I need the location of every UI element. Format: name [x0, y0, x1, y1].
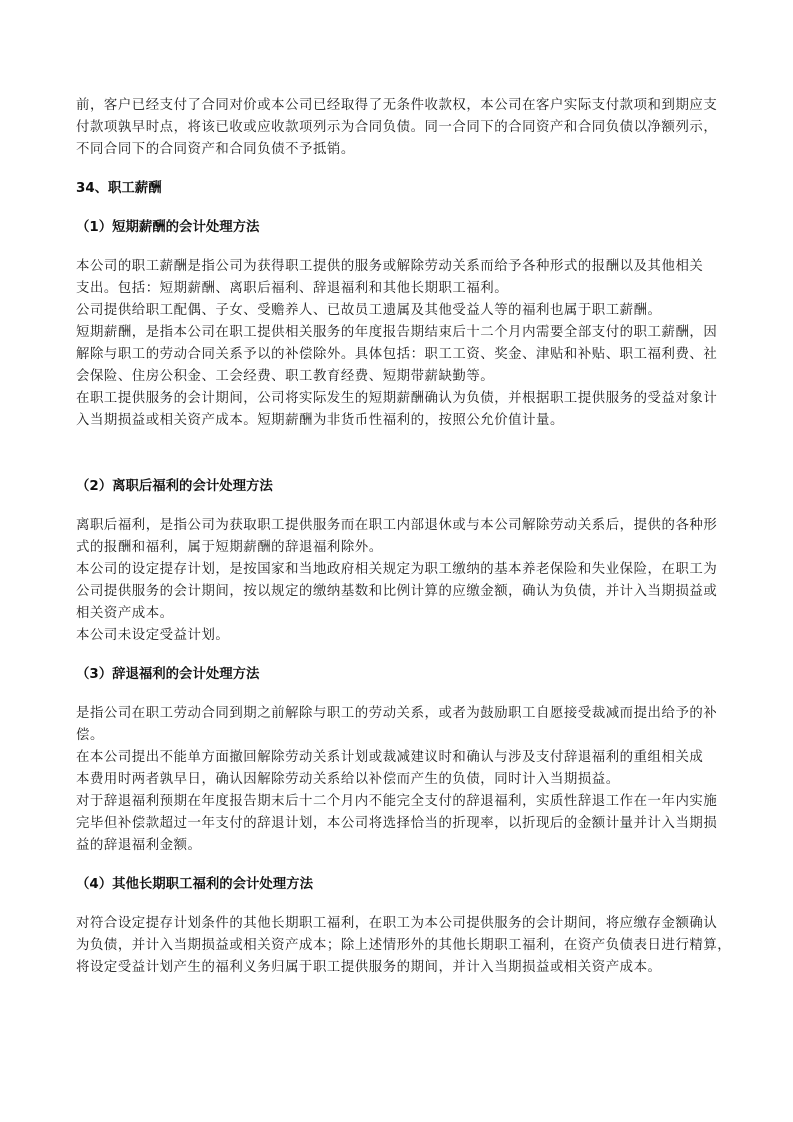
text-line: 支出。包括：短期薪酬、离职后福利、辞退福利和其他长期职工福利。: [76, 278, 721, 300]
text-line: 益的辞退福利金额。: [76, 835, 721, 857]
subsection-heading-short-term: （1）短期薪酬的会计处理方法: [76, 217, 721, 239]
subsection-heading-post-employment: （2）离职后福利的会计处理方法: [76, 476, 721, 498]
text-line: 短期薪酬，是指本公司在职工提供相关服务的年度报告期结束后十二个月内需要全部支付的…: [76, 322, 721, 344]
text-line: 离职后福利，是指公司为获取职工提供服务而在职工内部退休或与本公司解除劳动关系后，…: [76, 515, 721, 537]
text-line: 入当期损益或相关资产成本。短期薪酬为非货币性福利的，按照公允价值计量。: [76, 410, 721, 432]
text-line: 公司提供给职工配偶、子女、受赡养人、已故员工遗属及其他受益人等的福利也属于职工薪…: [76, 300, 721, 322]
text-line: 公司提供服务的会计期间，按以规定的缴纳基数和比例计算的应缴金额，确认为负债，并计…: [76, 581, 721, 603]
text-line: 式的报酬和福利，属于短期薪酬的辞退福利除外。: [76, 537, 721, 559]
text-line: 将设定受益计划产生的福利义务归属于职工提供服务的期间，并计入当期损益或相关资产成…: [76, 957, 721, 979]
paragraph-other-long-term: 对符合设定提存计划条件的其他长期职工福利，在职工为本公司提供服务的会计期间，将应…: [76, 913, 721, 979]
subsection-heading-other-long-term: （4）其他长期职工福利的会计处理方法: [76, 874, 721, 896]
text-line: 本公司的设定提存计划，是按国家和当地政府相关规定为职工缴纳的基本养老保险和失业保…: [76, 559, 721, 581]
text-line: 相关资产成本。: [76, 603, 721, 625]
text-line: 本费用时两者孰早日，确认因解除劳动关系给以补偿而产生的负债，同时计入当期损益。: [76, 769, 721, 791]
paragraph-short-term: 本公司的职工薪酬是指公司为获得职工提供的服务或解除劳动关系而给予各种形式的报酬以…: [76, 256, 721, 432]
text-line: 对于辞退福利预期在年度报告期末后十二个月内不能完全支付的辞退福利，实质性辞退工作…: [76, 791, 721, 813]
intro-paragraph: 前，客户已经支付了合同对价或本公司已经取得了无条件收款权，本公司在客户实际支付款…: [76, 95, 721, 161]
text-line: 对符合设定提存计划条件的其他长期职工福利，在职工为本公司提供服务的会计期间，将应…: [76, 913, 721, 935]
text-line: 前，客户已经支付了合同对价或本公司已经取得了无条件收款权，本公司在客户实际支付款…: [76, 95, 721, 117]
text-line: 不同合同下的合同资产和合同负债不予抵销。: [76, 139, 721, 161]
text-line: 完毕但补偿款超过一年支付的辞退计划，本公司将选择恰当的折现率，以折现后的金额计量…: [76, 813, 721, 835]
paragraph-post-employment: 离职后福利，是指公司为获取职工提供服务而在职工内部退休或与本公司解除劳动关系后，…: [76, 515, 721, 647]
text-line: 在职工提供服务的会计期间，公司将实际发生的短期薪酬确认为负债，并根据职工提供服务…: [76, 388, 721, 410]
text-line: 本公司的职工薪酬是指公司为获得职工提供的服务或解除劳动关系而给予各种形式的报酬以…: [76, 256, 721, 278]
text-line: 是指公司在职工劳动合同到期之前解除与职工的劳动关系，或者为鼓励职工自愿接受裁减而…: [76, 703, 721, 725]
subsection-heading-termination: （3）辞退福利的会计处理方法: [76, 664, 721, 686]
document-page: 前，客户已经支付了合同对价或本公司已经取得了无条件收款权，本公司在客户实际支付款…: [76, 95, 721, 979]
text-line: 在本公司提出不能单方面撤回解除劳动关系计划或裁减建议时和确认与涉及支付辞退福利的…: [76, 747, 721, 769]
text-line: 为负债，并计入当期损益或相关资产成本；除上述情形外的其他长期职工福利，在资产负债…: [76, 935, 721, 957]
text-line: 偿。: [76, 725, 721, 747]
text-line: 付款项孰早时点，将该已收或应收款项列示为合同负债。同一合同下的合同资产和合同负债…: [76, 117, 721, 139]
paragraph-termination: 是指公司在职工劳动合同到期之前解除与职工的劳动关系，或者为鼓励职工自愿接受裁减而…: [76, 703, 721, 857]
text-line: 会保险、住房公积金、工会经费、职工教育经费、短期带薪缺勤等。: [76, 366, 721, 388]
section-heading: 34、职工薪酬: [76, 178, 721, 200]
text-line: 本公司未设定受益计划。: [76, 625, 721, 647]
text-line: 解除与职工的劳动合同关系予以的补偿除外。具体包括：职工工资、奖金、津贴和补贴、职…: [76, 344, 721, 366]
